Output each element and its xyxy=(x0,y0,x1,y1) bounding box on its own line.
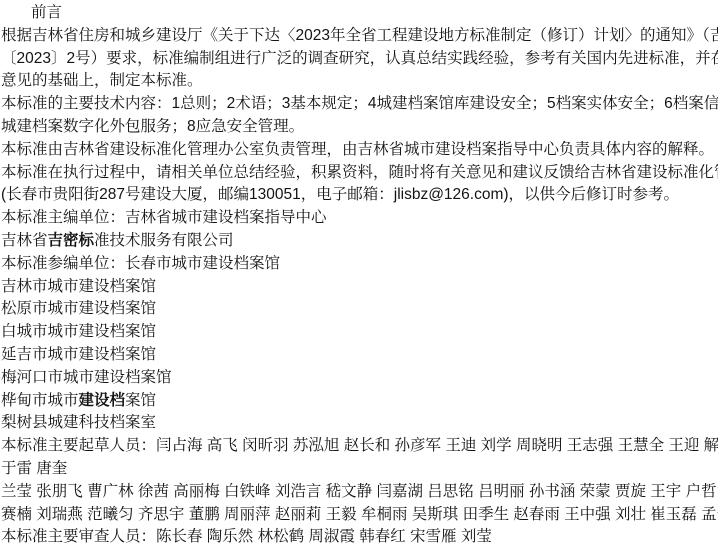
chief-editor-unit-2: 吉林省吉密标准技术服务有限公司 xyxy=(1,230,718,253)
drafters-line-1: 本标准主要起草人员：闫占海 高飞 闵昕羽 苏泓旭 赵长和 孙彦军 王迪 刘学 周… xyxy=(1,435,718,458)
co-editor-unit-huadian-pre: 桦甸市城市 xyxy=(1,392,79,409)
co-editor-unit-lishu: 梨树县城建科技档案室 xyxy=(1,412,718,435)
co-editor-unit-songyuan: 松原市城市建设档案馆 xyxy=(1,298,718,321)
para-contents-line-1: 本标准的主要技术内容：1总则；2术语；3基本规定；4城建档案馆库建设安全；5档案… xyxy=(1,93,718,116)
drafters-line-3: 兰莹 张朋飞 曹广林 徐茜 高丽梅 白铁峰 刘浩言 嵇文静 闫嘉湖 吕思铭 吕明… xyxy=(1,481,718,504)
chief-editor-unit-2-bold: 吉密标 xyxy=(48,232,95,249)
co-editor-unit-yanji: 延吉市城市建设档案馆 xyxy=(1,344,718,367)
para-contents-line-2: 城建档案数字化外包服务；8应急安全管理。 xyxy=(1,116,718,139)
drafters-line-2: 于雷 唐奎 xyxy=(1,458,718,481)
chief-editor-unit-2-pre: 吉林省 xyxy=(1,232,48,249)
para-management: 本标准由吉林省建设标准化管理办公室负责管理，由吉林省城市建设档案指导中心负责具体… xyxy=(1,139,718,162)
para-basis-line-1: 根据吉林省住房和城乡建设厅《关于下达〈2023年全省工程建设地方标准制定（修订）… xyxy=(1,25,718,48)
para-basis-line-3: 意见的基础上，制定本标准。 xyxy=(1,70,718,93)
co-editor-unit-meihekou: 梅河口市城市建设档案馆 xyxy=(1,367,718,390)
co-editor-unit-jilin: 吉林市城市建设档案馆 xyxy=(1,276,718,299)
chief-editor-unit: 本标准主编单位：吉林省城市建设档案指导中心 xyxy=(1,207,718,230)
foreword-document: 前言 根据吉林省住房和城乡建设厅《关于下达〈2023年全省工程建设地方标准制定（… xyxy=(0,0,718,549)
co-editor-unit-huadian-post: 案馆 xyxy=(125,392,156,409)
co-editor-unit-huadian: 桦甸市城市建设档案馆 xyxy=(1,390,718,413)
drafters-line-4: 赛楠 刘瑞燕 范曦匀 齐思宇 董鹏 周丽萍 赵丽莉 王毅 牟桐雨 吴斯琪 田季生… xyxy=(1,504,718,527)
para-basis-line-2: 〔2023〕2号）要求，标准编制组进行广泛的调查研究，认真总结实践经验，参考有关… xyxy=(1,48,718,71)
chief-editor-unit-2-post: 准技术服务有限公司 xyxy=(94,232,234,249)
co-editor-unit-changchun: 本标准参编单位：长春市城市建设档案馆 xyxy=(1,253,718,276)
para-feedback-line-1: 本标准在执行过程中，请相关单位总结经验，积累资料，随时将有关意见和建议反馈给吉林… xyxy=(1,162,718,185)
para-feedback-line-2: (长春市贵阳街287号建设大厦，邮编130051，电子邮箱：jlisbz@126… xyxy=(1,184,718,207)
reviewers-line: 本标准主要审查人员：陈长春 陶乐然 林松鹤 周淑霞 韩春红 宋雪雁 刘莹 xyxy=(1,526,718,549)
co-editor-unit-huadian-bold: 建设档 xyxy=(79,392,126,409)
page-title: 前言 xyxy=(1,2,718,25)
co-editor-unit-baicheng: 白城市城市建设档案馆 xyxy=(1,321,718,344)
